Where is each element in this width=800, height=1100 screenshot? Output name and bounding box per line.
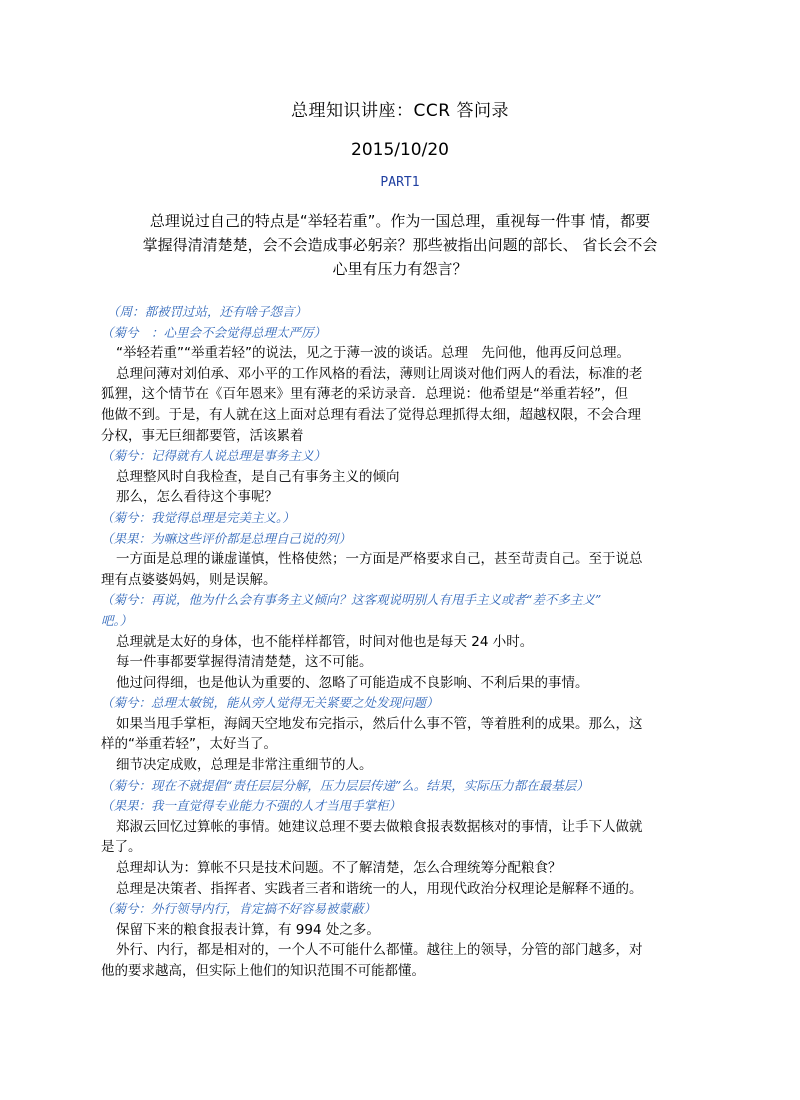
transcript-line: 他的要求越高，但实际上他们的知识范围不可能都懂。 (101, 961, 701, 982)
part-heading: PART1 (0, 175, 800, 190)
comment-note: （菊兮：现在不就提倡“责任层层分解，压力层层传递”么。结果，实际压力都在最基层） (101, 776, 701, 797)
transcript-line: 保留下来的粮食报表计算，有 994 处之多。 (101, 920, 701, 941)
transcript-line: 他过问得细，也是他认为重要的、忽略了可能造成不良影响、不利后果的事情。 (101, 673, 701, 694)
comment-note: （菊兮：外行领导内行，肯定搞不好容易被蒙蔽） (101, 899, 701, 920)
transcript-line: 细节决定成败，总理是非常注重细节的人。 (101, 755, 701, 776)
comment-note: （菊兮：我觉得总理是完美主义。） (101, 508, 701, 529)
comment-note: （菊兮：再说，他为什么会有事务主义倾向？这客观说明别人有甩手主义或者“差不多主义… (101, 590, 701, 611)
transcript-line: 外行、内行，都是相对的，一个人不可能什么都懂。越往上的领导，分管的部门越多，对 (101, 940, 701, 961)
transcript-body: （周：都被罚过站，还有啥子怨言）（菊兮 ：心里会不会觉得总理太严厉）“举轻若重”… (101, 302, 701, 982)
comment-note: （果果：为嘛这些评价都是总理自己说的列） (101, 529, 701, 550)
transcript-line: 分权，事无巨细都要管，活该累着 (101, 426, 701, 447)
transcript-line: 一方面是总理的谦虚谨慎，性格使然；一方面是严格要求自己，甚至苛责自己。至于说总 (101, 549, 701, 570)
question-block: 总理说过自己的特点是“举轻若重”。作为一国总理，重视每一件事 情，都要 掌握得清… (98, 209, 702, 281)
document-date: 2015/10/20 (0, 140, 800, 160)
transcript-line: 如果当甩手掌柜，海阔天空地发布完指示，然后什么事不管，等着胜利的成果。那么，这 (101, 714, 701, 735)
transcript-line: “举轻若重”“举重若轻”的说法，见之于薄一波的谈话。总理 先问他，他再反问总理。 (101, 343, 701, 364)
question-line: 总理说过自己的特点是“举轻若重”。作为一国总理，重视每一件事 情，都要 (98, 209, 702, 233)
transcript-line: 样的“举重若轻”，太好当了。 (101, 734, 701, 755)
document-page: 总理知识讲座：CCR 答问录 2015/10/20 PART1 总理说过自己的特… (0, 0, 800, 1100)
transcript-line: 郑淑云回忆过算帐的事情。她建议总理不要去做粮食报表数据核对的事情，让手下人做就 (101, 817, 701, 838)
document-title: 总理知识讲座：CCR 答问录 (0, 96, 800, 121)
transcript-line: 总理是决策者、指挥者、实践者三者和谐统一的人，用现代政治分权理论是解释不通的。 (101, 879, 701, 900)
transcript-line: 理有点婆婆妈妈，则是误解。 (101, 570, 701, 591)
transcript-line: 狐狸，这个情节在《百年恩来》里有薄老的采访录音．总理说：他希望是“举重若轻”，但 (101, 384, 701, 405)
transcript-line: 他做不到。于是，有人就在这上面对总理有看法了觉得总理抓得太细，超越权限，不会合理 (101, 405, 701, 426)
transcript-line: 那么，怎么看待这个事呢？ (101, 487, 701, 508)
comment-note: 吧。） (101, 611, 701, 632)
comment-note: （菊兮：记得就有人说总理是事务主义） (101, 446, 701, 467)
comment-note: （菊兮 ：心里会不会觉得总理太严厉） (101, 323, 701, 344)
question-line: 心里有压力有怨言？ (98, 257, 702, 281)
comment-note: （果果：我一直觉得专业能力不强的人才当甩手掌柜） (101, 796, 701, 817)
transcript-line: 总理却认为：算帐不只是技术问题。不了解清楚，怎么合理统筹分配粮食？ (101, 858, 701, 879)
comment-note: （菊兮：总理太敏锐，能从旁人觉得无关紧要之处发现问题） (101, 693, 701, 714)
transcript-line: 总理就是太好的身体，也不能样样都管，时间对他也是每天 24 小时。 (101, 632, 701, 653)
transcript-line: 总理整风时自我检查，是自己有事务主义的倾向 (101, 467, 701, 488)
transcript-line: 每一件事都要掌握得清清楚楚，这不可能。 (101, 652, 701, 673)
transcript-line: 总理问薄对刘伯承、邓小平的工作风格的看法，薄则让周谈对他们两人的看法，标准的老 (101, 364, 701, 385)
comment-note: （周：都被罚过站，还有啥子怨言） (101, 302, 701, 323)
question-line: 掌握得清清楚楚，会不会造成事必躬亲？那些被指出问题的部长、 省长会不会 (98, 233, 702, 257)
transcript-line: 是了。 (101, 837, 701, 858)
